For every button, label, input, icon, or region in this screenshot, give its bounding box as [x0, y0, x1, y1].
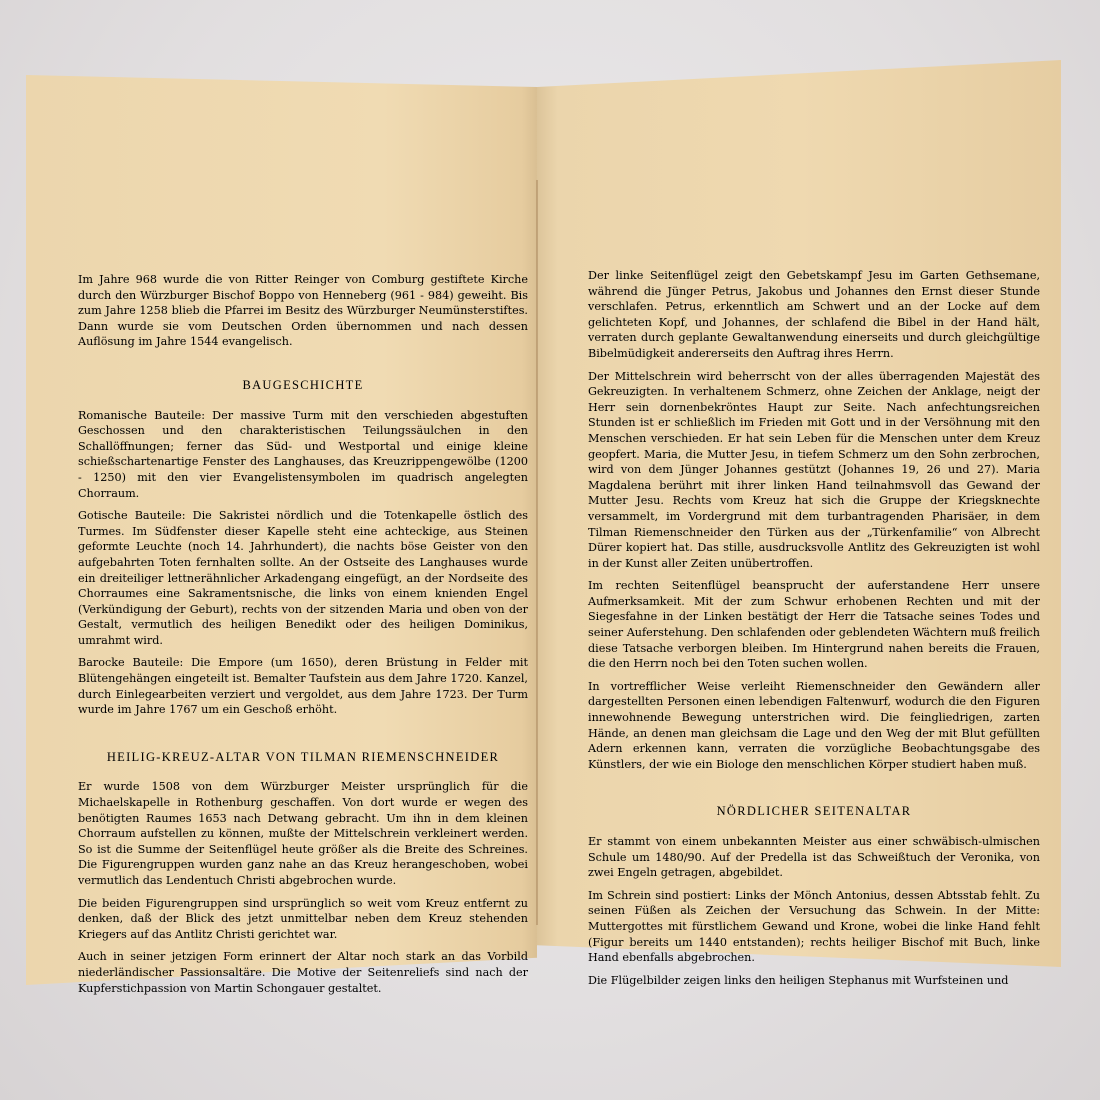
paragraph-passion-altars: Auch in seiner jetzigen Form erinnert de…: [78, 949, 528, 996]
paragraph-barocke-bauteile: Barocke Bauteile: Die Empore (um 1650), …: [78, 655, 528, 717]
paragraph-romanische-bauteile: Romanische Bauteile: Der massive Turm mi…: [78, 408, 528, 502]
intro-paragraph: Im Jahre 968 wurde die von Ritter Reinge…: [78, 272, 528, 350]
paragraph-left-wing: Der linke Seitenflügel zeigt den Gebetsk…: [588, 268, 1040, 362]
section-heading-noerdlicher-seitenaltar: NÖRDLICHER SEITENALTAR: [588, 804, 1040, 820]
paragraph-right-wing: Im rechten Seitenflügel beansprucht der …: [588, 578, 1040, 672]
paragraph-drapery: In vortrefflicher Weise verleiht Riemens…: [588, 679, 1040, 773]
paragraph-side-altar-origin: Er stammt von einem unbekannten Meister …: [588, 834, 1040, 881]
paragraph-shrine-figures: Im Schrein sind postiert: Links der Mönc…: [588, 888, 1040, 966]
paragraph-altar-history: Er wurde 1508 von dem Würzburger Meister…: [78, 779, 528, 888]
right-page-text: Der linke Seitenflügel zeigt den Gebetsk…: [588, 268, 1040, 995]
section-heading-baugeschichte: BAUGESCHICHTE: [78, 378, 528, 394]
section-heading-heilig-kreuz-altar: HEILIG-KREUZ-ALTAR VON TILMAN RIEMENSCHN…: [78, 750, 528, 766]
paragraph-figure-groups: Die beiden Figurengruppen sind ursprüngl…: [78, 896, 528, 943]
center-fold: [536, 180, 538, 925]
paragraph-central-shrine: Der Mittelschrein wird beherrscht von de…: [588, 369, 1040, 572]
paragraph-wing-paintings: Die Flügelbilder zeigen links den heilig…: [588, 973, 1040, 989]
paragraph-gotische-bauteile: Gotische Bauteile: Die Sakristei nördlic…: [78, 508, 528, 648]
left-page-text: Im Jahre 968 wurde die von Ritter Reinge…: [78, 272, 528, 1003]
